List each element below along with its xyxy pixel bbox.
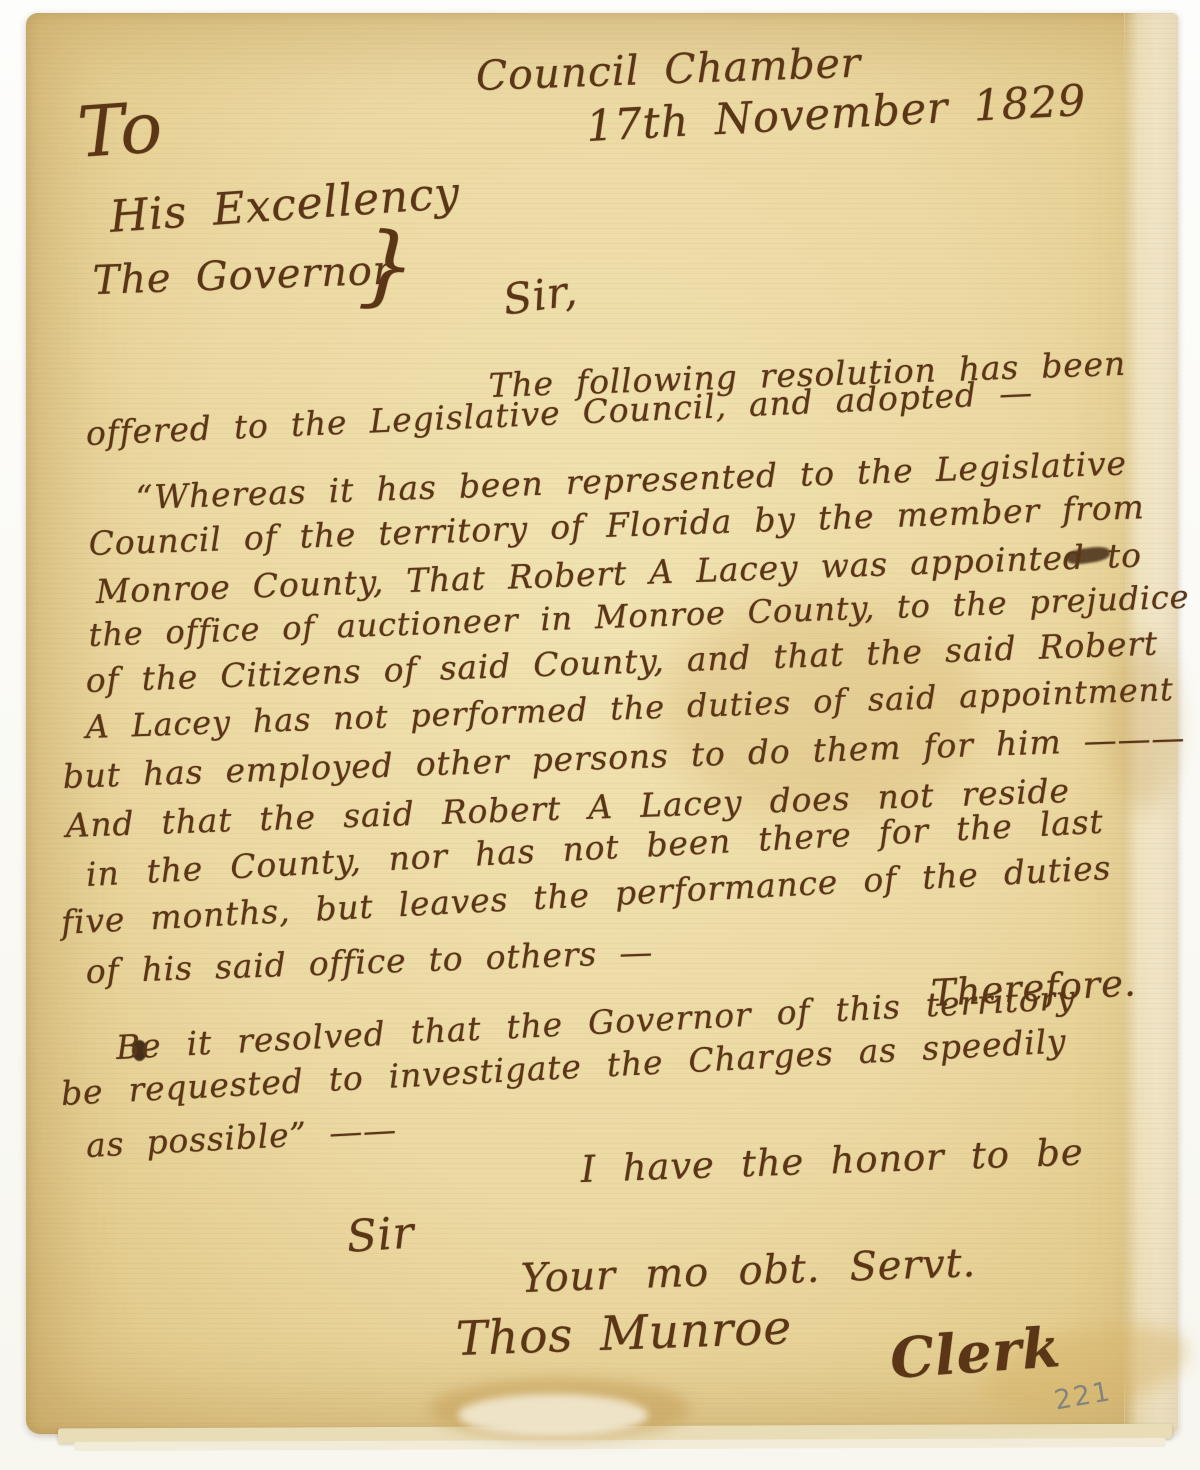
scanned-letter: Council Chamber 17th November 1829 To Hi…: [0, 0, 1200, 1470]
address-to: To: [75, 86, 166, 174]
signature-title: Clerk: [888, 1314, 1063, 1391]
closing-line: Sir: [345, 1207, 416, 1263]
signature-name: Thos Munroe: [455, 1300, 793, 1367]
address-bracket-glyph: }: [357, 212, 419, 318]
salutation: Sir,: [500, 266, 580, 325]
